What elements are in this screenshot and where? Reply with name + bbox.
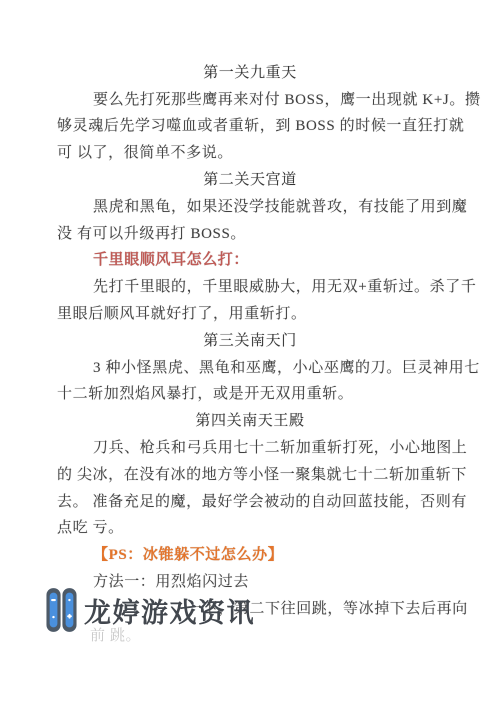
watermark: 龙婷游戏资讯: [46, 584, 255, 636]
text-line: 去。 准备充足的魔，最好学会被动的自动回蓝技能，否则有: [57, 487, 500, 514]
text-line: 点吃 亏。: [57, 514, 500, 541]
text-line: 刀兵、枪兵和弓兵用七十二斩加重斩打死，小心地图上: [57, 433, 500, 460]
section-title: 第一关九重天: [0, 58, 500, 85]
section-title: 第二关天宫道: [0, 165, 500, 192]
gamepad-joycon-icon: [46, 584, 77, 636]
watermark-text: 龙婷游戏资讯: [84, 591, 255, 630]
article-lines: 第一关九重天要么先打死那些鹰再来对付 BOSS，鹰一出现就 K+J。攒够灵魂后先…: [0, 58, 500, 648]
section-title: 第三关南天门: [0, 326, 500, 353]
text-line: 要么先打死那些鹰再来对付 BOSS，鹰一出现就 K+J。攒: [57, 85, 500, 112]
sub-heading: 千里眼顺风耳怎么打：: [93, 246, 500, 273]
text-line: 可 以了，很简单不多说。: [57, 138, 500, 165]
text-line: 够灵魂后先学习噬血或者重斩，到 BOSS 的时候一直狂打就: [57, 112, 500, 139]
sub-heading: 【PS：冰锥躲不过怎么办】: [93, 540, 500, 567]
text-line: 没 有可以升级再打 BOSS。: [57, 219, 500, 246]
text-line: 黑虎和黑龟，如果还没学技能就普攻，有技能了用到魔: [57, 192, 500, 219]
section-title: 第四关南天王殿: [0, 406, 500, 433]
text-line: 的 尖冰，在没有冰的地方等小怪一聚集就七十二斩加重斩下: [57, 460, 500, 487]
text-line: 3 种小怪黑虎、黑龟和巫鹰，小心巫鹰的刀。巨灵神用七: [57, 353, 500, 380]
text-line: 十二斩加烈焰风暴打，或是开无双用重斩。: [57, 380, 500, 407]
article-page: 第一关九重天要么先打死那些鹰再来对付 BOSS，鹰一出现就 K+J。攒够灵魂后先…: [0, 0, 500, 707]
text-line: 先打千里眼的，千里眼威胁大，用无双+重斩过。杀了千: [57, 272, 500, 299]
text-line: 里眼后顺风耳就好打了，用重斩打。: [57, 299, 500, 326]
